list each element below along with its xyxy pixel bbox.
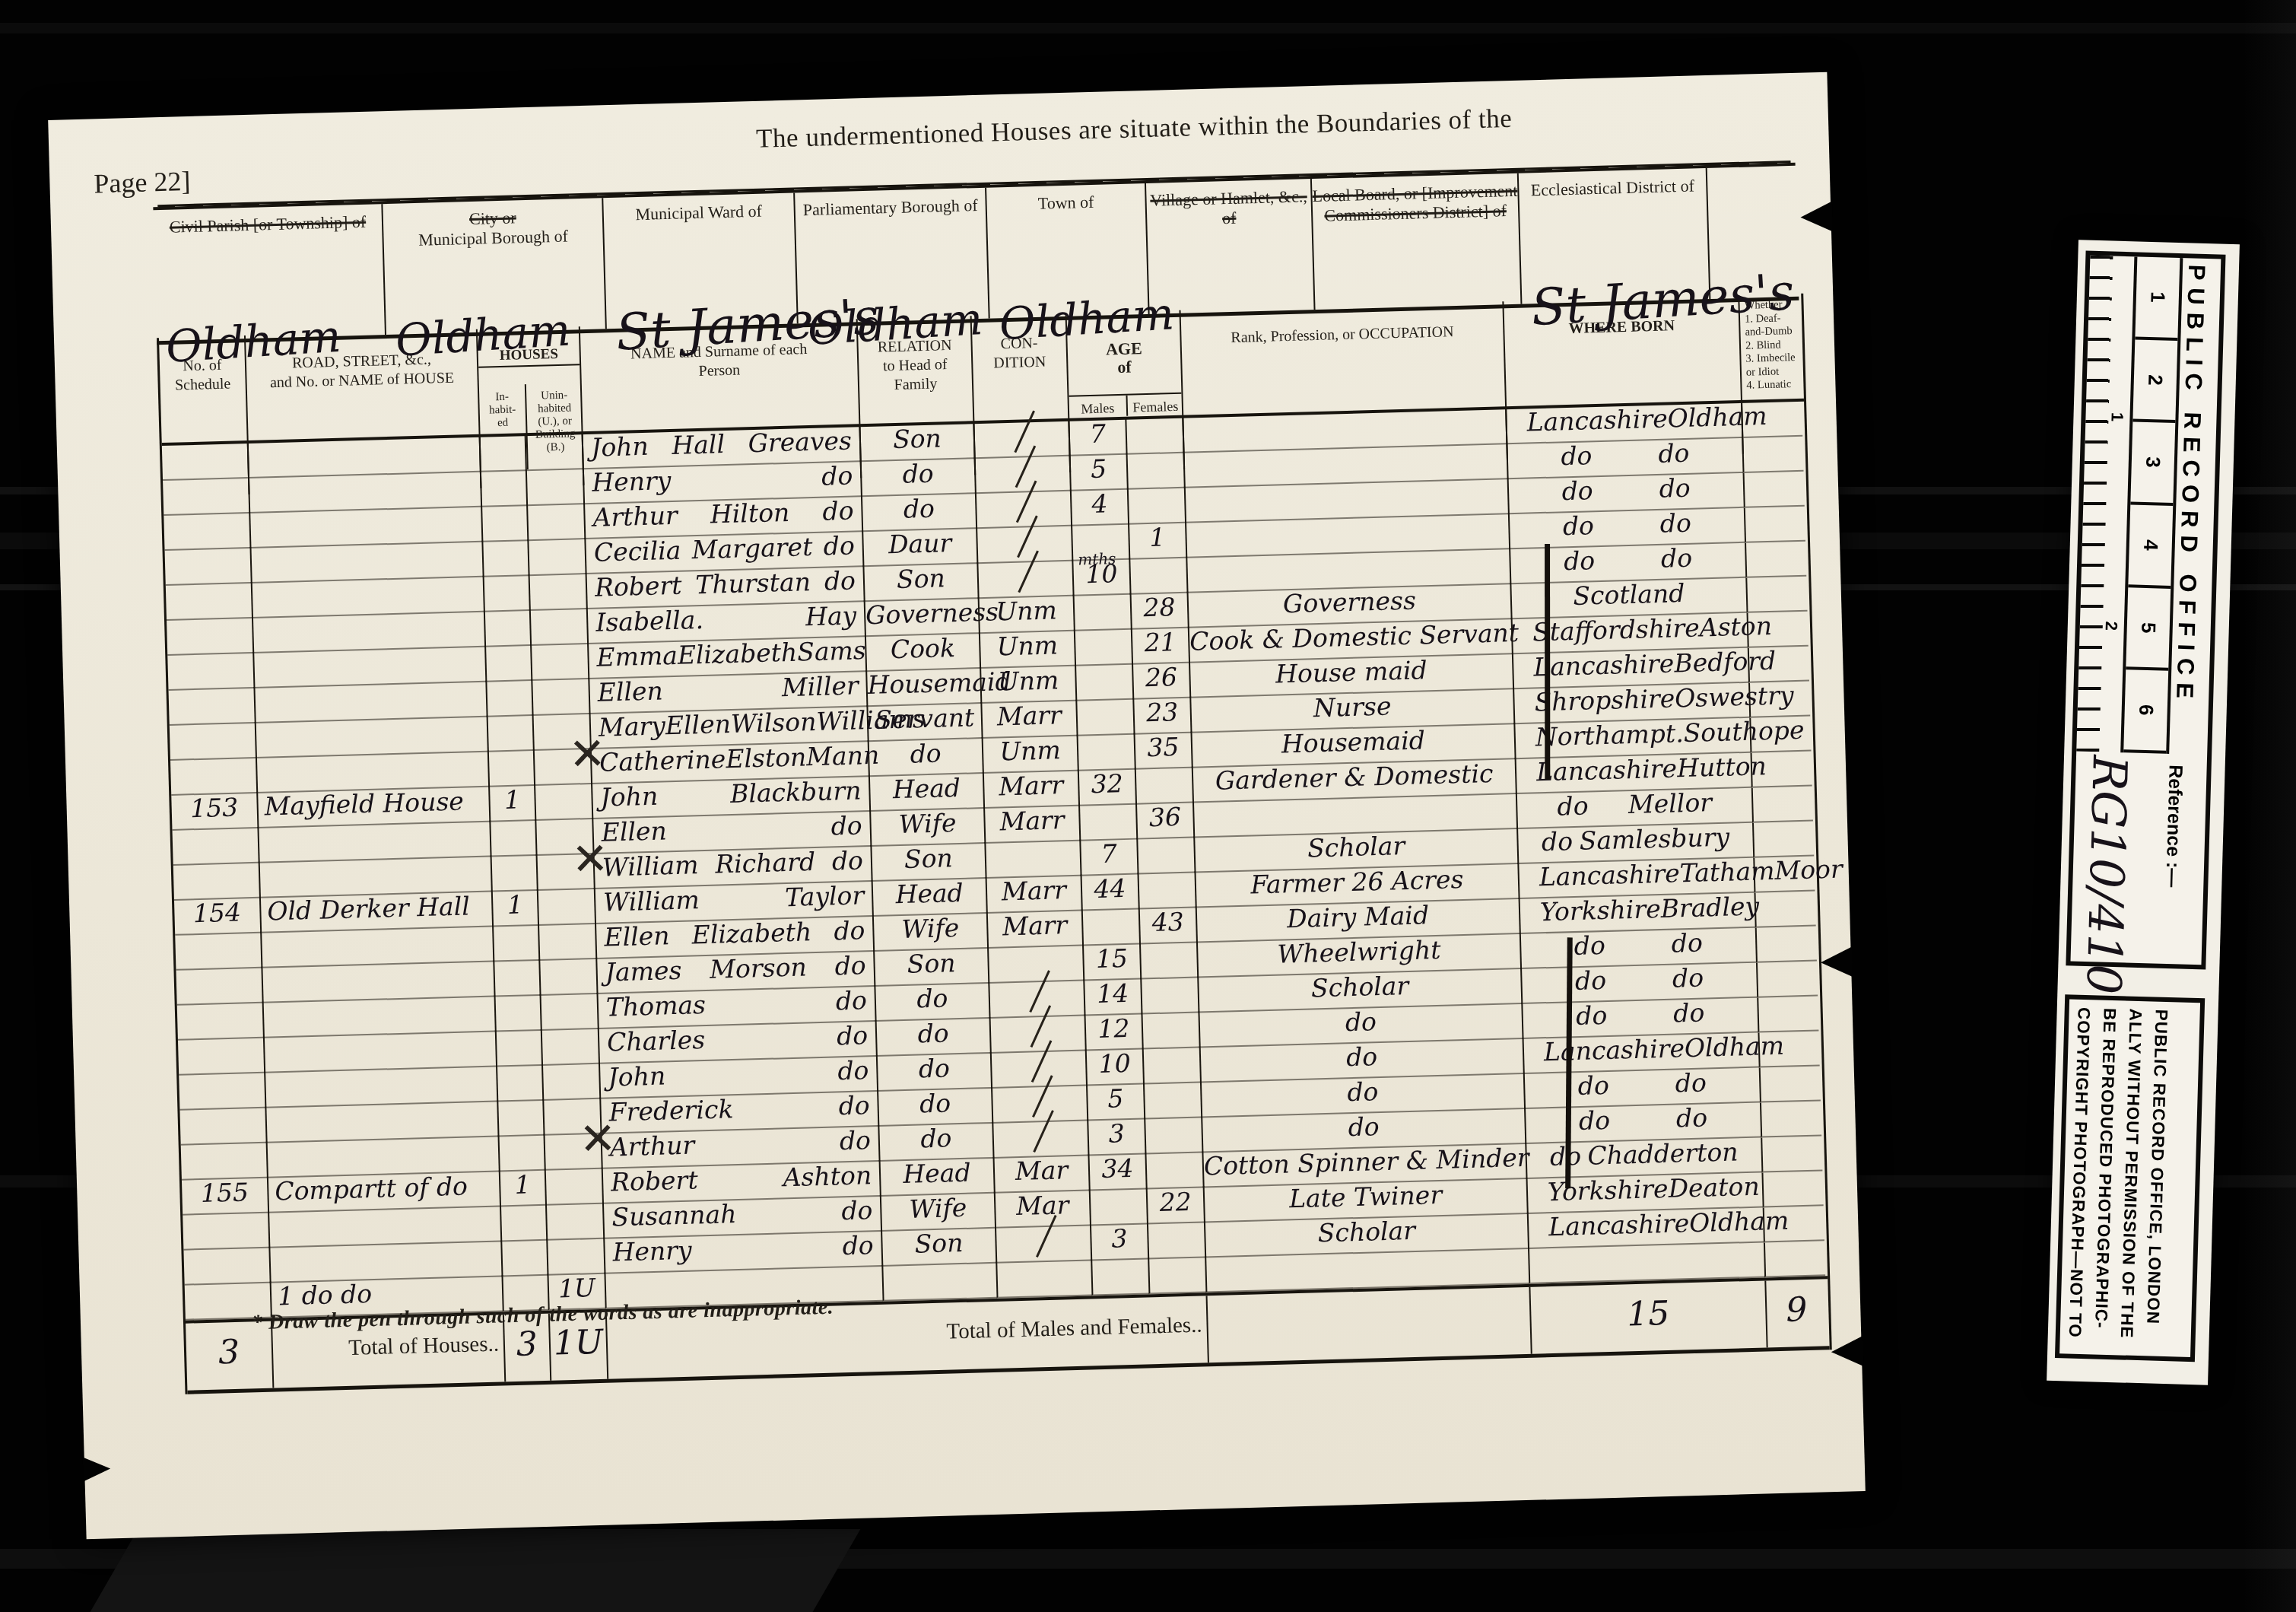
cell-relation: Wife xyxy=(872,912,987,952)
cell-age-male xyxy=(1075,698,1133,736)
cell-age-male: 12 xyxy=(1084,1013,1142,1051)
cell-inhabited: 1 xyxy=(488,784,535,822)
cell-age-female: 28 xyxy=(1130,592,1188,630)
cell-whether xyxy=(1764,1241,1825,1277)
cell-whether xyxy=(1745,577,1807,613)
ruler-number: 2 xyxy=(2132,339,2177,423)
cell-age-male xyxy=(1077,733,1135,771)
cell-inhabited xyxy=(479,434,526,472)
cell-uninhabited xyxy=(534,783,592,821)
district-label: City orMunicipal Borough of xyxy=(383,198,603,251)
cell-schedule xyxy=(175,932,261,971)
film-notch xyxy=(1800,202,1833,233)
district-value: Oldham xyxy=(394,304,572,367)
cell-condition xyxy=(987,945,1083,984)
cell-relation: do xyxy=(878,1122,992,1162)
census-rows: JohnHallGreaves Son 7 LancashireOldham H… xyxy=(162,402,1828,1321)
cell-relation: do xyxy=(861,492,976,532)
district-label: Ecclesiastical District of xyxy=(1519,168,1707,201)
cell-condition: Mar xyxy=(993,1155,1089,1194)
cell-relation: Housemaid xyxy=(865,667,980,707)
spacer xyxy=(1206,1287,1531,1362)
cell-age-female xyxy=(1142,1046,1200,1084)
cell-age-female: 26 xyxy=(1132,662,1189,700)
cell-inhabited xyxy=(483,574,529,612)
ruler-number: 6 xyxy=(2123,670,2168,754)
cell-age-female xyxy=(1147,1221,1205,1259)
cell-age-female: 1 xyxy=(1128,522,1186,560)
cell-age-female xyxy=(1126,452,1184,490)
cell-whether xyxy=(1752,822,1814,858)
cell-schedule: 154 xyxy=(174,897,260,936)
census-photograph: Page 22] The undermentioned Houses are s… xyxy=(0,0,2296,1612)
cell-condition: Marr xyxy=(980,700,1076,739)
ruler-inch-label: 2 xyxy=(2101,621,2121,631)
cell-schedule xyxy=(178,1037,264,1076)
cell-uninhabited xyxy=(545,1203,603,1241)
cell-schedule xyxy=(183,1212,268,1251)
cell-uninhabited xyxy=(538,923,595,961)
cell-condition xyxy=(976,525,1072,564)
cell-relation: Head xyxy=(869,772,983,812)
cell-age-male xyxy=(1075,663,1132,701)
film-notch xyxy=(1820,946,1853,978)
cell-whether xyxy=(1745,542,1806,578)
cell-condition: Marr xyxy=(986,875,1081,914)
cell-condition xyxy=(992,1120,1088,1159)
reference-value: RG10/4101 xyxy=(2075,755,2138,1025)
cell-age-female xyxy=(1137,872,1195,910)
cell-relation: Daur xyxy=(862,527,977,567)
cell-age-male: 7 xyxy=(1079,838,1137,876)
pro-copyright-box: COPYRIGHT PHOTOGRAPH—NOT TOBE REPRODUCED… xyxy=(2055,994,2205,1362)
district-box: Parliamentary Borough of Oldham xyxy=(795,188,990,324)
district-label: Local Board, or [ImprovementCommissioner… xyxy=(1312,173,1519,226)
cell-inhabited xyxy=(484,644,531,682)
cell-age-female xyxy=(1141,1012,1199,1050)
cell-schedule xyxy=(170,722,256,761)
col-females-header: Females xyxy=(1126,394,1183,416)
ruler-inch-label: 1 xyxy=(2107,412,2126,421)
cell-schedule xyxy=(167,617,252,656)
cell-inhabited xyxy=(491,854,537,892)
cell-relation: do xyxy=(860,457,975,497)
cell-condition xyxy=(996,1259,1091,1298)
cell-age-female xyxy=(1144,1116,1202,1154)
col-males-header: Males xyxy=(1069,396,1127,418)
cell-condition xyxy=(988,980,1084,1019)
copyright-line: COPYRIGHT PHOTOGRAPH—NOT TO xyxy=(2064,1007,2093,1347)
cell-name xyxy=(604,1265,882,1309)
cell-schedule: 155 xyxy=(182,1177,268,1216)
district-label: Village or Hamlet, &c., of xyxy=(1146,179,1312,231)
cell-inhabited xyxy=(498,1134,545,1172)
cell-schedule: 153 xyxy=(171,792,257,831)
cell-inhabited xyxy=(489,819,535,857)
cell-age-female: 23 xyxy=(1132,697,1190,735)
cell-age-male: 4 xyxy=(1070,488,1128,526)
film-streak xyxy=(0,23,2296,33)
cell-age-male: 3 xyxy=(1087,1118,1145,1156)
cell-age-female xyxy=(1148,1256,1205,1294)
cell-uninhabited xyxy=(529,608,587,646)
district-label: Parliamentary Borough of xyxy=(795,188,986,221)
cell-relation: Son xyxy=(881,1227,996,1267)
cell-age-female: 35 xyxy=(1134,732,1192,770)
copyright-line: BE REPRODUCED PHOTOGRAPHIC- xyxy=(2090,1008,2119,1348)
cell-age-female xyxy=(1145,1151,1202,1189)
district-value: Oldham xyxy=(998,288,1176,350)
cell-age-female xyxy=(1125,417,1183,455)
cell-age-female xyxy=(1139,942,1197,980)
cell-age-female: 22 xyxy=(1146,1186,1204,1224)
cell-age-male: 44 xyxy=(1081,873,1138,911)
cell-condition: Unm xyxy=(979,630,1075,669)
cell-inhabited xyxy=(485,679,532,717)
cell-age-male xyxy=(1073,593,1131,631)
cell-inhabited xyxy=(487,749,534,787)
cell-condition: Marr xyxy=(986,910,1082,949)
cell-condition: Marr xyxy=(983,770,1078,809)
page-number: Page 22] xyxy=(94,165,191,199)
cell-whether xyxy=(1744,507,1805,543)
cell-uninhabited xyxy=(525,433,583,471)
cell-relation: do xyxy=(874,982,989,1022)
cell-whether xyxy=(1759,1066,1821,1102)
cell-age-male: 15 xyxy=(1082,943,1140,981)
cell-schedule xyxy=(179,1107,265,1146)
cell-age-female: 43 xyxy=(1138,907,1196,945)
ruler-number: 4 xyxy=(2128,504,2173,588)
cell-schedule xyxy=(181,1142,267,1181)
cell-inhabited xyxy=(481,504,527,542)
cell-age-male: 3 xyxy=(1090,1223,1148,1261)
cell-uninhabited xyxy=(526,468,583,506)
cell-whether xyxy=(1755,927,1817,963)
cell-age-female xyxy=(1140,977,1198,1015)
cell-schedule xyxy=(164,512,249,551)
cell-inhabited xyxy=(500,1239,547,1277)
district-label: Civil Parish [or Township] of xyxy=(153,204,382,237)
cell-age-female: 21 xyxy=(1131,627,1189,665)
cell-inhabited xyxy=(496,1064,542,1102)
copyright-line: ALLY WITHOUT PERMISSION OF THE xyxy=(2116,1008,2145,1348)
cell-age-male: 14 xyxy=(1083,978,1141,1016)
cell-uninhabited xyxy=(531,678,589,716)
cell-uninhabited xyxy=(538,958,596,996)
total-males: 15 xyxy=(1529,1280,1766,1353)
cell-age-male: 5 xyxy=(1069,453,1127,491)
cell-inhabited xyxy=(493,959,539,997)
cell-whether xyxy=(1761,1136,1822,1172)
ruler-number: 5 xyxy=(2126,587,2171,671)
cell-whether xyxy=(1754,892,1815,928)
cell-relation: Son xyxy=(873,947,988,987)
cell-condition xyxy=(989,1015,1085,1054)
cell-condition xyxy=(974,455,1070,494)
cell-relation: Son xyxy=(862,562,977,602)
ink-stroke xyxy=(1545,544,1550,780)
cell-whether xyxy=(1751,787,1813,823)
copyright-line: PUBLIC RECORD OFFICE, LONDON xyxy=(2142,1009,2171,1349)
cell-relation: Governess xyxy=(864,597,979,637)
cell-age-male xyxy=(1074,628,1132,666)
cell-age-male: 7 xyxy=(1068,418,1126,456)
cell-inhabited xyxy=(495,1029,541,1067)
cell-relation xyxy=(881,1262,996,1302)
cell-inhabited xyxy=(497,1099,543,1137)
cell-schedule xyxy=(165,547,251,586)
cell-inhabited: 1 xyxy=(499,1169,545,1207)
cell-uninhabited xyxy=(537,888,595,926)
cell-whether xyxy=(1756,961,1818,997)
cell-schedule xyxy=(170,757,256,796)
cell-inhabited xyxy=(487,714,533,752)
copyright-text: COPYRIGHT PHOTOGRAPH—NOT TOBE REPRODUCED… xyxy=(2059,999,2200,1357)
cell-condition: Unm xyxy=(982,735,1078,774)
cell-condition xyxy=(973,420,1069,459)
cell-relation: do xyxy=(876,1052,991,1092)
cell-age-male: 32 xyxy=(1078,768,1135,806)
district-header-band: Civil Parish [or Township] of Oldham Cit… xyxy=(153,163,1799,345)
ruler-number: 1 xyxy=(2135,257,2180,341)
cell-uninhabited xyxy=(527,538,585,576)
cell-inhabited xyxy=(494,994,541,1032)
cell-age-female xyxy=(1136,837,1194,875)
cell-relation: Head xyxy=(872,877,986,917)
cell-relation: do xyxy=(868,737,983,777)
cell-age-female xyxy=(1143,1081,1201,1119)
cell-schedule xyxy=(172,827,258,866)
cell-age-female xyxy=(1135,767,1192,805)
district-box: City orMunicipal Borough of Oldham xyxy=(383,198,607,335)
cell-age-male: 10 xyxy=(1085,1048,1143,1086)
cell-condition: Unm xyxy=(980,665,1075,704)
cell-inhabited xyxy=(481,539,528,577)
cell-inhabited xyxy=(484,609,530,647)
cell-inhabited: 1 xyxy=(491,889,538,927)
cell-schedule xyxy=(163,477,249,516)
cell-relation: Son xyxy=(870,842,985,882)
cell-age-male: 10 xyxy=(1072,558,1129,596)
cell-age-female xyxy=(1127,487,1185,525)
ruler-number: 3 xyxy=(2130,422,2175,506)
cell-uninhabited xyxy=(540,993,598,1031)
cell-uninhabited xyxy=(541,1063,599,1101)
cell-age-female xyxy=(1129,557,1186,595)
cell-uninhabited xyxy=(545,1168,602,1206)
cell-relation: Wife xyxy=(880,1192,995,1232)
cell-schedule xyxy=(168,687,254,726)
cell-uninhabited xyxy=(529,573,586,611)
cell-schedule xyxy=(183,1247,269,1286)
cell-condition: Marr xyxy=(983,805,1079,844)
pro-reference-box: 1 2 123456 PUBLIC RECORD OFFICE Referenc… xyxy=(2066,251,2225,970)
reference-label: Reference :— xyxy=(2161,765,2186,888)
cell-whether xyxy=(1742,437,1803,473)
cell-condition: Mar xyxy=(994,1189,1090,1228)
district-box: Ecclesiastical District of St James's xyxy=(1519,168,1711,304)
film-shadow xyxy=(91,1529,861,1612)
film-notch xyxy=(1831,1336,1863,1367)
cell-uninhabited xyxy=(546,1238,604,1276)
cell-inhabited xyxy=(500,1204,546,1242)
cell-age-female: 36 xyxy=(1135,802,1193,840)
cell-uninhabited xyxy=(541,1028,599,1066)
district-box: Civil Parish [or Township] of Oldham xyxy=(153,204,386,341)
film-notch xyxy=(83,1456,111,1481)
page-title: The undermentioned Houses are situate wi… xyxy=(756,103,1513,154)
cell-age-male: 5 xyxy=(1086,1083,1144,1121)
cell-schedule xyxy=(176,967,262,1006)
district-label: Town of xyxy=(986,183,1145,215)
total-females: 9 xyxy=(1764,1279,1827,1347)
cell-age-male: 34 xyxy=(1088,1153,1145,1191)
cell-condition: Unm xyxy=(978,595,1074,634)
cell-relation: Wife xyxy=(869,807,984,847)
district-label: Municipal Ward of xyxy=(603,193,794,226)
cell-schedule xyxy=(173,862,259,901)
cell-condition xyxy=(984,840,1080,879)
cell-relation: do xyxy=(877,1087,992,1127)
cell-whether xyxy=(1760,1101,1821,1137)
cell-schedule xyxy=(166,582,252,621)
cell-relation: Head xyxy=(879,1157,994,1197)
cell-inhabited xyxy=(480,469,526,507)
cell-age-male xyxy=(1081,908,1139,946)
cell-uninhabited xyxy=(530,643,588,681)
cell-age-male xyxy=(1089,1188,1147,1226)
cell-schedule xyxy=(167,652,253,691)
district-box: Town of Oldham xyxy=(986,183,1150,319)
public-record-office-strip: 1 2 123456 PUBLIC RECORD OFFICE Referenc… xyxy=(2047,240,2240,1385)
cell-schedule xyxy=(162,442,248,481)
cell-whether xyxy=(1743,472,1805,508)
cell-relation: do xyxy=(875,1017,990,1057)
district-value: Oldham xyxy=(164,310,342,373)
cell-schedule xyxy=(177,1002,263,1041)
census-page: Page 22] The undermentioned Houses are s… xyxy=(48,72,1866,1540)
cell-age-male xyxy=(1078,803,1136,841)
cell-condition xyxy=(990,1050,1086,1089)
cell-inhabited xyxy=(492,924,538,962)
cell-where-born xyxy=(1528,1242,1764,1284)
cell-relation: Son xyxy=(859,422,973,462)
film-edge-glow xyxy=(2243,0,2296,1612)
district-box: Municipal Ward of St James's xyxy=(603,192,799,329)
cell-relation: Cook xyxy=(865,632,980,672)
cell-age-male xyxy=(1091,1257,1148,1296)
cell-condition xyxy=(991,1085,1087,1124)
cell-uninhabited xyxy=(526,503,584,541)
cell-whether xyxy=(1761,1171,1823,1207)
cell-schedule xyxy=(179,1072,265,1111)
cell-condition xyxy=(975,490,1071,529)
cell-condition xyxy=(977,560,1072,599)
reference-zone: Reference :— RG10/4101 xyxy=(2071,755,2208,965)
cell-whether xyxy=(1757,996,1818,1032)
district-value: Oldham xyxy=(806,293,984,355)
census-table: No. of Schedule ROAD, STREET, &c., and N… xyxy=(157,294,1832,1394)
cell-condition xyxy=(995,1224,1091,1263)
district-box: Local Board, or [ImprovementCommissioner… xyxy=(1312,173,1523,310)
